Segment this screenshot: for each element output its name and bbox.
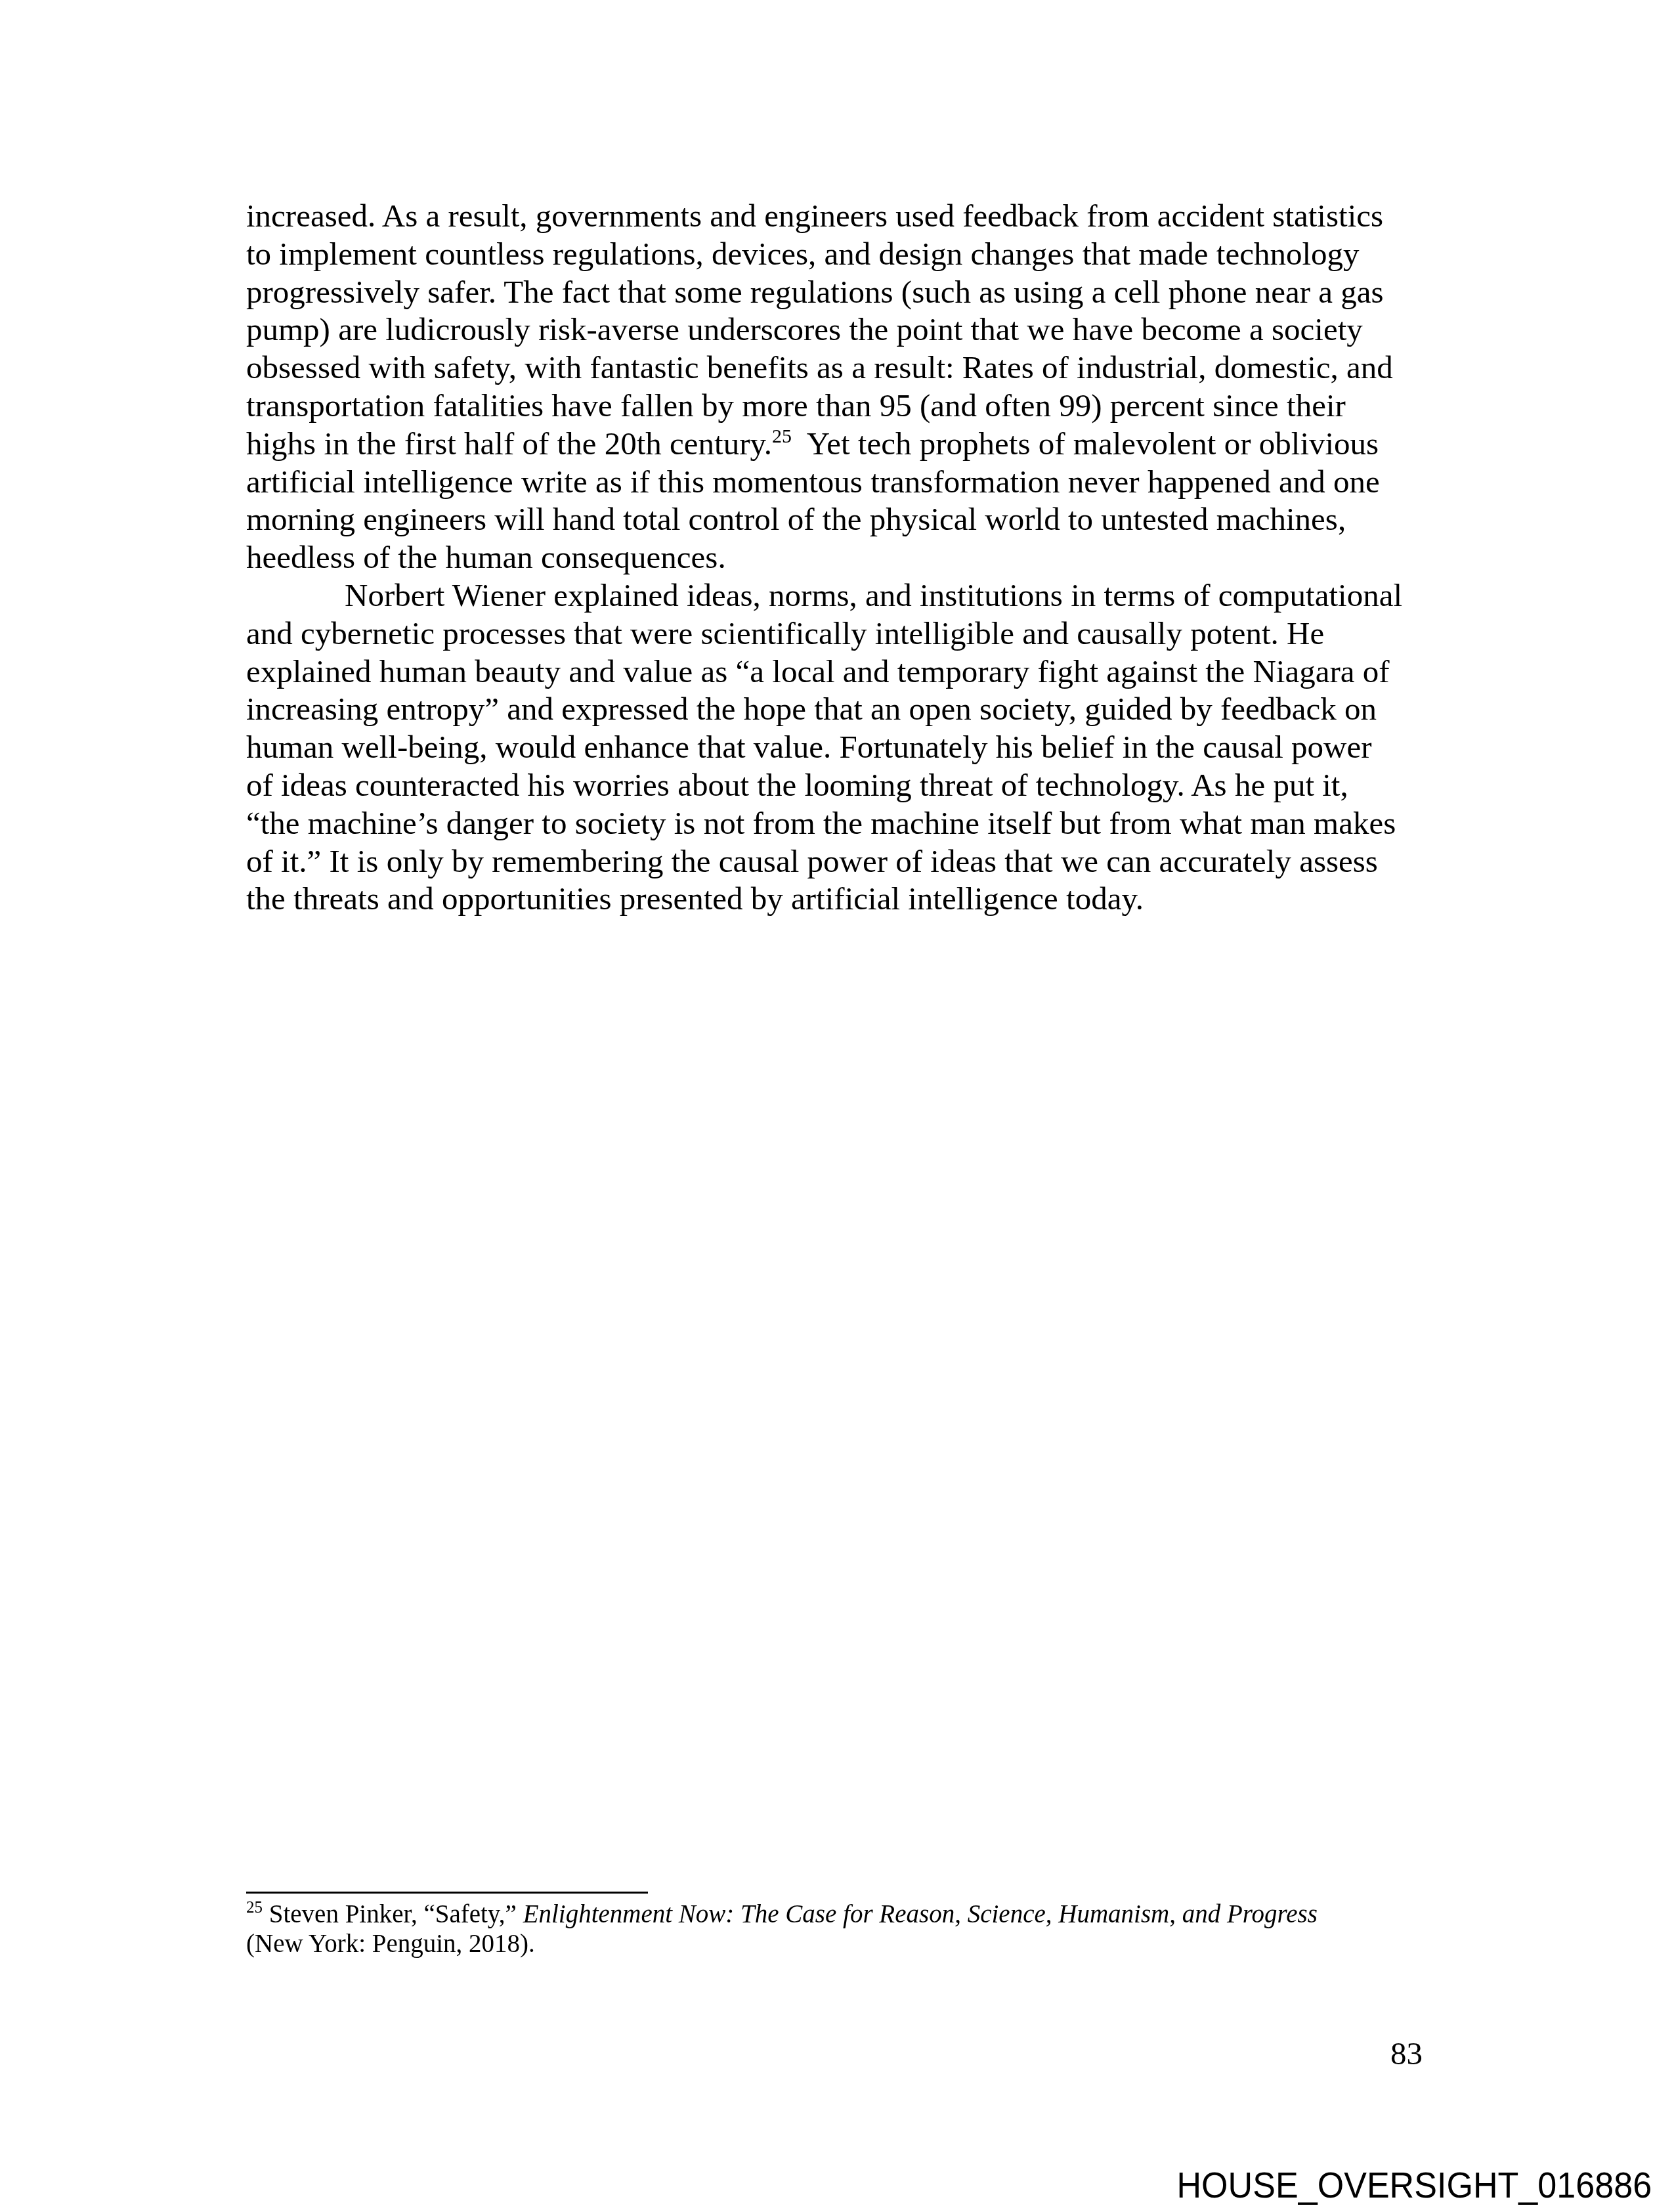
footnote-number: 25: [246, 1899, 263, 1917]
text-line: to implement countless regulations, devi…: [246, 235, 1428, 273]
body-text: increased. As a result, governments and …: [246, 197, 1428, 918]
text-line: explained human beauty and value as “a l…: [246, 653, 1428, 691]
footnote-author-title: Steven Pinker, “Safety,”: [263, 1900, 523, 1928]
text-line: increased. As a result, governments and …: [246, 197, 1428, 235]
text-line: obsessed with safety, with fantastic ben…: [246, 349, 1428, 387]
footnote-separator: [246, 1892, 648, 1894]
text-line: human well-being, would enhance that val…: [246, 728, 1428, 766]
text-line: heedless of the human consequences.: [246, 538, 1428, 576]
document-page: increased. As a result, governments and …: [0, 0, 1674, 2212]
text-segment: Yet tech prophets of malevolent or obliv…: [792, 425, 1379, 462]
paragraph-1: increased. As a result, governments and …: [246, 197, 1428, 576]
text-line: Norbert Wiener explained ideas, norms, a…: [246, 576, 1428, 615]
text-line: and cybernetic processes that were scien…: [246, 615, 1428, 653]
footnote-25: 25 Steven Pinker, “Safety,” Enlightenmen…: [246, 1899, 1428, 1959]
text-line-with-footnote: highs in the first half of the 20th cent…: [246, 425, 1428, 463]
footnote-line-1: 25 Steven Pinker, “Safety,” Enlightenmen…: [246, 1899, 1428, 1929]
text-line: “the machine’s danger to society is not …: [246, 804, 1428, 842]
footnote-book-title: Enlightenment Now: The Case for Reason, …: [523, 1900, 1318, 1928]
text-line: increasing entropy” and expressed the ho…: [246, 690, 1428, 728]
text-segment: highs in the first half of the 20th cent…: [246, 425, 772, 462]
text-line: the threats and opportunities presented …: [246, 880, 1428, 918]
text-line: of ideas counteracted his worries about …: [246, 766, 1428, 804]
text-line: transportation fatalities have fallen by…: [246, 387, 1428, 425]
paragraph-2: Norbert Wiener explained ideas, norms, a…: [246, 576, 1428, 918]
text-line: artificial intelligence write as if this…: [246, 463, 1428, 501]
footnote-line-2: (New York: Penguin, 2018).: [246, 1929, 1428, 1959]
bates-stamp: HOUSE_OVERSIGHT_016886: [1176, 2164, 1652, 2206]
text-line: pump) are ludicrously risk-averse unders…: [246, 311, 1428, 349]
text-line: progressively safer. The fact that some …: [246, 273, 1428, 311]
page-number: 83: [1390, 2034, 1423, 2073]
footnote-reference[interactable]: 25: [772, 425, 792, 447]
text-line: of it.” It is only by remembering the ca…: [246, 842, 1428, 880]
text-line: morning engineers will hand total contro…: [246, 500, 1428, 538]
